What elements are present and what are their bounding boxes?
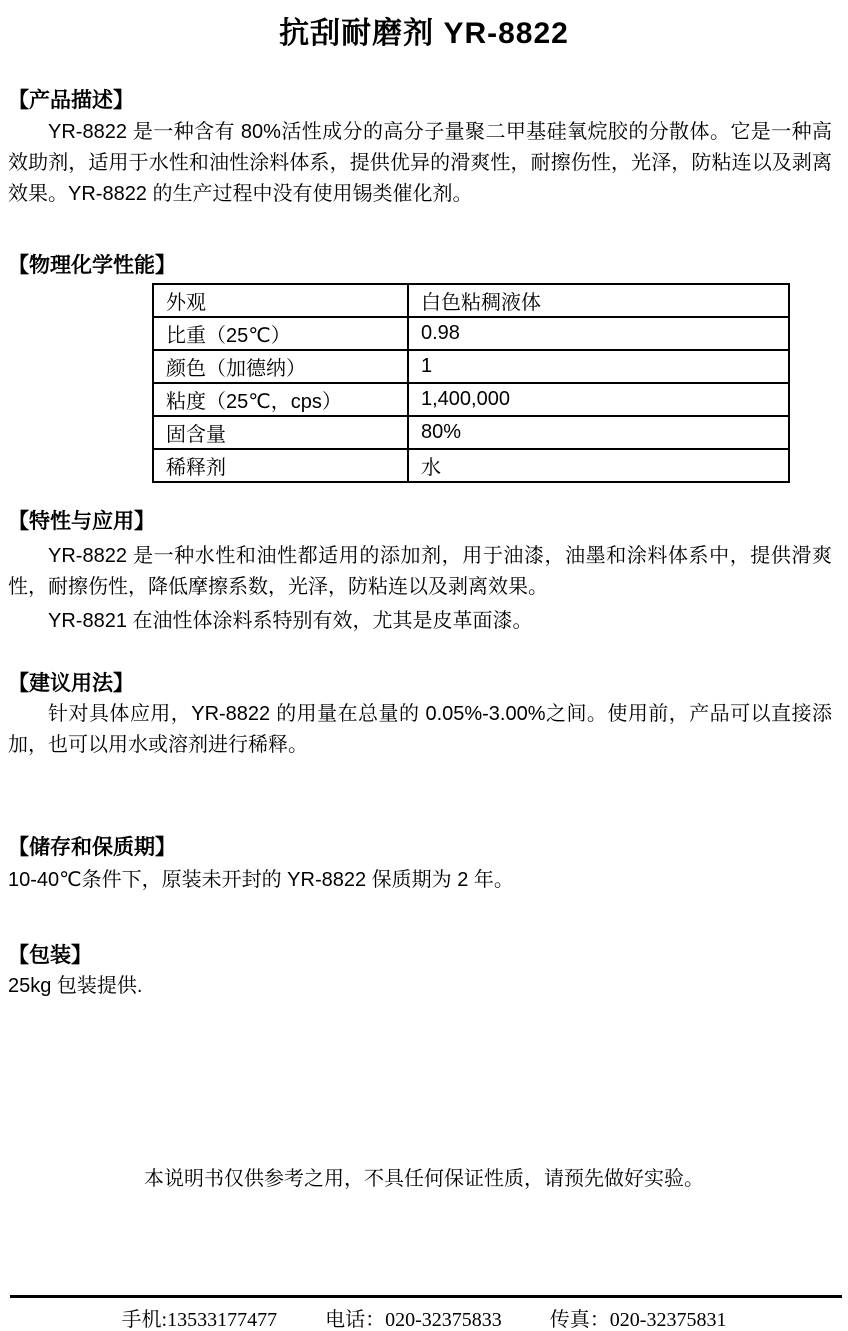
- property-value: 80%: [408, 416, 789, 449]
- footer-divider: [10, 1295, 842, 1298]
- packaging-text: 25kg 包装提供.: [8, 971, 832, 1002]
- table-row: 稀释剂 水: [153, 449, 789, 482]
- property-value: 白色粘稠液体: [408, 284, 789, 317]
- storage-shelf-life-text: 10-40℃条件下，原装未开封的 YR-8822 保质期为 2 年。: [8, 865, 832, 896]
- table-row: 颜色（加德纳） 1: [153, 350, 789, 383]
- property-value: 水: [408, 449, 789, 482]
- property-label: 外观: [153, 284, 408, 317]
- disclaimer-text: 本说明书仅供参考之用，不具任何保证性质，请预先做好实验。: [0, 1162, 848, 1191]
- property-value: 1,400,000: [408, 383, 789, 416]
- section-heading-physical-properties: 【物理化学性能】: [8, 249, 176, 279]
- property-label: 固含量: [153, 416, 408, 449]
- datasheet-page: 抗刮耐磨剂 YR-8822 【产品描述】 YR-8822 是一种含有 80%活性…: [0, 0, 848, 1331]
- property-label: 颜色（加德纳）: [153, 350, 408, 383]
- features-applications-text-1: YR-8822 是一种水性和油性都适用的添加剂，用于油漆，油墨和涂料体系中，提供…: [8, 541, 832, 603]
- footer-mobile: 手机:13533177477: [122, 1303, 278, 1331]
- suggested-usage-text: 针对具体应用，YR-8822 的用量在总量的 0.05%-3.00%之间。使用前…: [8, 699, 832, 761]
- property-value: 1: [408, 350, 789, 383]
- table-row: 固含量 80%: [153, 416, 789, 449]
- property-label: 比重（25℃）: [153, 317, 408, 350]
- table-row: 比重（25℃） 0.98: [153, 317, 789, 350]
- table-row: 粘度（25℃，cps） 1,400,000: [153, 383, 789, 416]
- property-value: 0.98: [408, 317, 789, 350]
- table-row: 外观 白色粘稠液体: [153, 284, 789, 317]
- section-heading-features-applications: 【特性与应用】: [8, 505, 155, 535]
- property-label: 粘度（25℃，cps）: [153, 383, 408, 416]
- product-description-text: YR-8822 是一种含有 80%活性成分的高分子量聚二甲基硅氧烷胶的分散体。它…: [8, 117, 832, 210]
- section-heading-packaging: 【包装】: [8, 939, 92, 969]
- features-applications-text-2: YR-8821 在油性体涂料系特别有效，尤其是皮革面漆。: [8, 606, 832, 637]
- section-heading-storage-shelf-life: 【储存和保质期】: [8, 831, 176, 861]
- footer-fax: 传真：020-32375831: [550, 1303, 727, 1331]
- footer-phone: 电话：020-32375833: [325, 1303, 502, 1331]
- page-title: 抗刮耐磨剂 YR-8822: [0, 8, 848, 52]
- section-heading-product-description: 【产品描述】: [8, 84, 134, 114]
- physical-properties-table: 外观 白色粘稠液体 比重（25℃） 0.98 颜色（加德纳） 1 粘度（25℃，…: [152, 283, 790, 483]
- footer-contacts: 手机:13533177477 电话：020-32375833 传真：020-32…: [0, 1303, 848, 1331]
- property-label: 稀释剂: [153, 449, 408, 482]
- section-heading-suggested-usage: 【建议用法】: [8, 667, 134, 697]
